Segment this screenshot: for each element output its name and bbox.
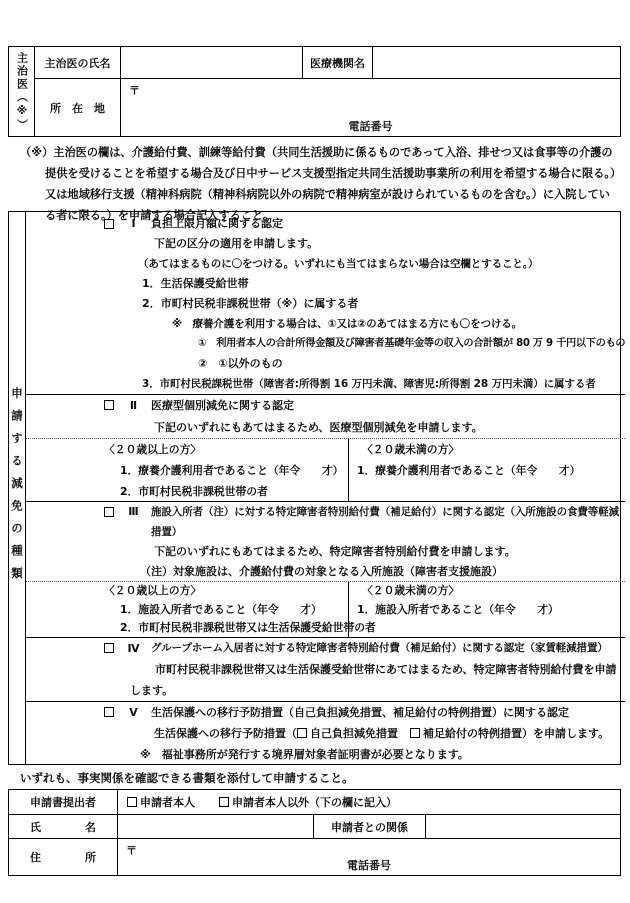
section-1-title: 負担上限月額に関する認定 [151, 214, 625, 234]
section-2-numeral: Ⅱ [126, 395, 141, 417]
section-2-header: Ⅱ 医療型個別減免に関する認定 [26, 395, 625, 417]
over20-heading: 〈２０歳以上の方〉 [26, 439, 348, 460]
section-3-columns: 〈２０歳以上の方〉 1．施設入所者であること（年令 才） 2．市町村民税非課税世… [26, 581, 625, 637]
section-3-over20-column: 〈２０歳以上の方〉 1．施設入所者であること（年令 才） 2．市町村民税非課税世… [26, 582, 349, 637]
section-3-over20-item: 1．施設入所者であること（年令 才） [26, 601, 348, 620]
other-checkbox[interactable] [219, 797, 229, 807]
attachment-note: いずれも、事実関係を確認できる書類を添付して申請すること。 [20, 770, 354, 786]
section-5-checkbox[interactable] [104, 707, 114, 717]
exemption-side-label: 申請する減免の種類 [9, 387, 25, 590]
section-3-checkbox[interactable] [104, 507, 114, 517]
section-1-header: Ⅰ 負担上限月額に関する認定 [26, 214, 625, 234]
section-3-note: （注）対象施設は、介護給付費の対象となる入所施設（障害者支援施設） [26, 562, 625, 581]
institution-field[interactable] [373, 47, 620, 78]
section-4-numeral: Ⅳ [126, 638, 141, 659]
doctor-table: 主治医（※） 主治医の氏名 医療機関名 所 在 地 〒 電話番号 [8, 46, 621, 137]
postal-mark: 〒 [129, 82, 140, 98]
section-2-title: 医療型個別減免に関する認定 [151, 395, 625, 417]
self-pay-reduction-checkbox[interactable] [297, 728, 307, 738]
section-1-checkbox[interactable] [104, 219, 114, 229]
doctor-address-field[interactable]: 〒 電話番号 [121, 79, 620, 136]
section-2-under20-item: 1．療養介護利用者であること（年令 才） [349, 460, 625, 481]
section-2-checkbox[interactable] [104, 400, 114, 410]
supplementary-benefit-label: 補足給付の特例措置 [423, 727, 522, 740]
section-4-body: 市町村民税非課税世帯又は生活保護受給世帯にあてはまるため、特定障害者特別給付費を… [26, 659, 625, 701]
section-2-over20-item: 2．市町村民税非課税世帯の者 [26, 481, 348, 501]
section-2: Ⅱ 医療型個別減免に関する認定 下記のいずれにもあてはまるため、医療型個別減免を… [26, 394, 625, 438]
section-3-numeral: Ⅲ [126, 502, 141, 522]
doctor-address-label: 所 在 地 [35, 79, 121, 136]
submitter-option-self[interactable]: 申請者本人 [127, 794, 195, 810]
section-2-under20-column: 〈２０歳未満の方〉 1．療養介護利用者であること（年令 才） [349, 439, 625, 501]
section-1-note: ※ 療養介護を利用する場合は、①又は②のあてはまる方にも〇をつける。 [26, 314, 625, 334]
section-1-line: （あてはまるものに〇をつける。いずれにも当てはまらない場合は空欄とすること。） [26, 254, 625, 274]
doctor-name-field[interactable] [121, 47, 303, 78]
supplementary-benefit-checkbox[interactable] [410, 728, 420, 738]
institution-label: 医療機関名 [303, 47, 373, 78]
self-pay-reduction-label: 自己負担減免措置 [310, 727, 398, 740]
section-4-title: グループホーム入居者に対する特定障害者特別給付費（補足給付）に関する認定（家賃軽… [151, 638, 625, 659]
section-3-line: 下記のいずれにもあてはまるため、特定障害者特別給付費を申請します。 [26, 542, 625, 562]
section-3-under20-item: 1．施設入所者であること（年令 才） [349, 601, 625, 620]
section-3-under20-column: 〈２０歳未満の方〉 1．施設入所者であること（年令 才） [349, 582, 625, 637]
under20-heading: 〈２０歳未満の方〉 [349, 582, 625, 601]
section-3-over20-item: 2．市町村民税非課税世帯又は生活保護受給世帯の者 [26, 619, 348, 637]
self-checkbox[interactable] [127, 797, 137, 807]
section-1-subitem[interactable]: ① 利用者本人の合計所得金額及び障害者基礎年金等の収入の合計額が 80 万 9 … [26, 334, 625, 354]
section-1-subitem[interactable]: ② ①以外のもの [26, 354, 625, 374]
section-1-item[interactable]: 3．市町村民税課税世帯（障害者:所得割 16 万円未満、障害児:所得割 28 万… [26, 374, 625, 394]
self-label: 申請者本人 [140, 796, 195, 809]
section-5-title: 生活保護への移行予防措置（自己負担減免措置、補足給付の特例措置）に関する認定 [151, 702, 625, 723]
exemption-side-label-cell: 申請する減免の種類 [9, 212, 26, 764]
section-3-header: Ⅲ 施設入所者（注）に対する特定障害者特別給付費（補足給付）に関する認定（入所施… [26, 502, 625, 542]
exemption-table: 申請する減免の種類 Ⅰ 負担上限月額に関する認定 下記の区分の適用を申請します。… [8, 211, 621, 765]
doctor-phone-label: 電話番号 [121, 118, 620, 134]
section-5-numeral: Ⅴ [126, 702, 141, 723]
section-4-header: Ⅳ グループホーム入居者に対する特定障害者特別給付費（補足給付）に関する認定（家… [26, 638, 625, 659]
section-5-body-prefix: 生活保護への移行予防措置（ [154, 727, 297, 740]
section-2-line: 下記のいずれにもあてはまるため、医療型個別減免を申請します。 [26, 417, 625, 438]
applicant-table: 申請書提出者 申請者本人 申請者本人以外（下の欄に記入） 氏 名 申請者との関係… [8, 789, 621, 876]
section-1: Ⅰ 負担上限月額に関する認定 下記の区分の適用を申請します。 （あてはまるものに… [26, 212, 625, 394]
section-2-over20-column: 〈２０歳以上の方〉 1．療養介護利用者であること（年令 才） 2．市町村民税非課… [26, 439, 349, 501]
submitter-label: 申請書提出者 [9, 790, 118, 814]
section-1-item[interactable]: 2．市町村民税非課税世帯（※）に属する者 [26, 294, 625, 314]
section-3: Ⅲ 施設入所者（注）に対する特定障害者特別給付費（補足給付）に関する認定（入所施… [26, 501, 625, 581]
doctor-side-label: 主治医（※） [14, 52, 30, 132]
under20-heading: 〈２０歳未満の方〉 [349, 439, 625, 460]
applicant-address-field[interactable]: 〒 電話番号 [118, 839, 620, 875]
section-5-header: Ⅴ 生活保護への移行予防措置（自己負担減免措置、補足給付の特例措置）に関する認定 [26, 702, 625, 723]
applicant-name-label: 氏 名 [9, 815, 118, 838]
over20-heading: 〈２０歳以上の方〉 [26, 582, 348, 601]
submitter-option-other[interactable]: 申請者本人以外（下の欄に記入） [219, 794, 397, 810]
section-5-body: 生活保護への移行予防措置（自己負担減免措置補足給付の特例措置）を申請します。 [26, 723, 625, 744]
section-1-item[interactable]: 1．生活保護受給世帯 [26, 274, 625, 294]
section-1-numeral: Ⅰ [126, 214, 141, 234]
applicant-address-label: 住 所 [9, 839, 118, 875]
postal-mark: 〒 [126, 842, 137, 858]
application-form-page: 主治医（※） 主治医の氏名 医療機関名 所 在 地 〒 電話番号 （※）主治医の… [0, 0, 630, 903]
section-2-columns: 〈２０歳以上の方〉 1．療養介護利用者であること（年令 才） 2．市町村民税非課… [26, 438, 625, 501]
section-1-line: 下記の区分の適用を申請します。 [26, 234, 625, 254]
section-5-body-suffix: ）を申請します。 [522, 727, 609, 740]
applicant-name-field[interactable] [118, 815, 314, 838]
section-3-title: 施設入所者（注）に対する特定障害者特別給付費（補足給付）に関する認定（入所施設の… [151, 502, 625, 542]
section-4-checkbox[interactable] [104, 643, 114, 653]
section-2-over20-item: 1．療養介護利用者であること（年令 才） [26, 460, 348, 481]
relation-field[interactable] [426, 815, 620, 838]
other-label: 申請者本人以外（下の欄に記入） [232, 796, 397, 809]
applicant-phone-label: 電話番号 [118, 857, 620, 873]
section-5: Ⅴ 生活保護への移行予防措置（自己負担減免措置、補足給付の特例措置）に関する認定… [26, 701, 625, 764]
doctor-side-label-cell: 主治医（※） [9, 47, 35, 136]
doctor-name-label: 主治医の氏名 [35, 47, 121, 78]
section-5-note: ※ 福祉事務所が発行する境界層対象者証明書が必要となります。 [26, 744, 625, 764]
relation-label: 申請者との関係 [314, 815, 426, 838]
section-4: Ⅳ グループホーム入居者に対する特定障害者特別給付費（補足給付）に関する認定（家… [26, 637, 625, 701]
